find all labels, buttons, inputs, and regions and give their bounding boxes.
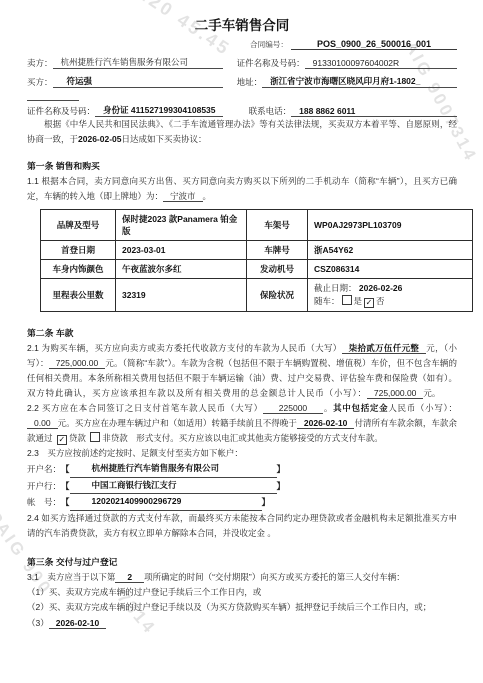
insurance-expiry-date: 2026-02-26 [359, 283, 402, 293]
non-loan-label: 非贷款 [102, 433, 128, 443]
color-label-cell: 车身内饰颜色 [41, 260, 116, 279]
clause-2-1: 2.1 为购买车辆，买方应向卖方或卖方委托代收款方支付的车款为人民币（大写）柒拾… [27, 341, 457, 401]
table-row: 品牌及型号 保时捷2023 款Panamera 铂金版 车架号 WP0AJ297… [41, 210, 473, 241]
checkbox-loan-checked: ✓ [57, 435, 67, 445]
clause-2-2-text3: 人民币（小写）： [388, 403, 457, 413]
document-content: 二手车销售合同 合同编号： POS_0900_26_500016_001 卖方：… [0, 0, 483, 683]
transfer-city-value: 宁波市 [163, 191, 203, 202]
engine-label-cell: 发动机号 [247, 260, 308, 279]
party-row-1: 卖方： 杭州捷胜行汽车销售服务有限公司 证件名称及号码： 91330100097… [27, 56, 457, 69]
clause-2-2-text2: 。 [323, 403, 333, 413]
color-value-cell: 午夜蓝波尔多红 [116, 260, 247, 279]
plate-value-cell: 浙A54Y62 [308, 241, 473, 260]
clause-1-1: 1.1 根据本合同，卖方同意向买方出售、买方同意向卖方购买以下所列的二手机动车（… [27, 174, 457, 204]
vin-value-cell: WP0AJ2973PL103709 [308, 210, 473, 241]
contract-page: .20 45.45 AIG 9007314 PAIG 900 7314 二手车销… [0, 0, 483, 683]
phone-value: 188 8862 6011 [291, 106, 457, 117]
payment-due-date: 2026-02-10 [297, 418, 354, 429]
deposit-amount: 0.00 [27, 418, 58, 429]
first-payment-amount: 225000 [263, 403, 323, 414]
right-bracket: 】 [277, 479, 286, 495]
first-reg-value-cell: 2023-03-01 [116, 241, 247, 260]
clause-2-2-text4: 元。买方应在办理车辆过户和（如适用）转籍手续前且不得晚于 [58, 418, 297, 428]
section-1-heading: 第一条 销售和购买 [27, 159, 457, 172]
seller-label: 卖方： [27, 57, 53, 69]
account-name-row: 开户名： 【 杭州捷胜行汽车销售服务有限公司 】 [27, 461, 457, 478]
with-car-label: 随车： [314, 296, 340, 306]
preamble-paragraph: 根据《中华人民共和国民法典》、《二手车流通管理办法》等有关法律法规，买卖双方本着… [27, 117, 457, 147]
seller-cert-field: 证件名称及号码： 91330100097604002R [237, 57, 457, 69]
buyer-field: 买方： 符运强 [27, 75, 223, 88]
seller-cert-value: 91330100097604002R [305, 58, 457, 69]
clause-3-1: 3.1 卖方应当于以下第2项所确定的时间（“交付期限”）向买方或买方委托的第三人… [27, 570, 457, 585]
insurance-label-cell: 保险状况 [247, 279, 308, 312]
deposit-bold-text: 其中包括定金 [333, 403, 388, 413]
clause-2-2: 2.2 买方应在本合同签订之日支付首笔车款人民币（大写）225000。其中包括定… [27, 401, 457, 446]
clause-2-4: 2.4 如买方选择通过贷款的方式支付车款，而最终买方未能按本合同约定办理贷款或者… [27, 511, 457, 541]
buyer-cert-value: 身份证 411527199304108535 [95, 104, 223, 117]
seller-field: 卖方： 杭州捷胜行汽车销售服务有限公司 [27, 56, 223, 69]
mileage-label-cell: 里程表公里数 [41, 279, 116, 312]
buyer-label: 买方： [27, 76, 53, 88]
clause-2-1-text: 2.1 为购买车辆，买方应向卖方或卖方委托代收款方支付的车款为人民币（大写） [27, 343, 342, 353]
account-number-row: 帐 号： 【 1202021409900296729 】 [27, 494, 457, 511]
table-row: 车身内饰颜色 午夜蓝波尔多红 发动机号 CSZ086314 [41, 260, 473, 279]
table-row: 首登日期 2023-03-01 车牌号 浙A54Y62 [41, 241, 473, 260]
left-bracket: 【 [61, 462, 70, 478]
account-name-value: 杭州捷胜行汽车销售服务有限公司 [70, 461, 277, 478]
table-row: 里程表公里数 32319 保险状况 截止日期： 2026-02-26 随车：是✓… [41, 279, 473, 312]
right-bracket: 】 [277, 462, 286, 478]
account-bank-row: 开户行： 【 中国工商银行钱江支行 】 [27, 478, 457, 495]
phone-field: 联系电话： 188 8862 6011 [249, 105, 457, 117]
no-label: 否 [376, 296, 385, 306]
check-icon: ✓ [366, 298, 373, 307]
insurance-expiry-line: 截止日期： 2026-02-26 [314, 282, 466, 295]
clause-1-1-text: 1.1 根据本合同，卖方同意向买方出售、买方同意向卖方购买以下所列的二手机动车（… [27, 176, 457, 201]
address-field: 地址： 浙江省宁波市海曙区晓风印月府1-1802_ [237, 75, 457, 88]
buyer-value: 符运强 [53, 75, 223, 88]
agreement-date: 2026-02-05 [78, 134, 121, 144]
insurance-value-cell: 截止日期： 2026-02-26 随车：是✓否 [308, 279, 473, 312]
address-value: 浙江省宁波市海曙区晓风印月府1-1802_ [262, 75, 457, 88]
brand-value-cell: 保时捷2023 款Panamera 铂金版 [116, 210, 247, 241]
account-number-label: 帐 号： [27, 495, 61, 511]
price-in-figures: 725,000.00 [49, 358, 106, 369]
delivery-item-1: （1）买、卖双方完成车辆的过户登记手续后三个工作日内，或 [27, 585, 457, 601]
delivery-item-3: （3）2026-02-10 [27, 616, 457, 632]
preamble-text-end: 日达成如下买卖协议： [122, 134, 207, 144]
buyer-cert-label: 证件名称及号码： [27, 105, 95, 117]
delivery-item-2: （2）买、卖双方完成车辆的过户登记手续以及（为买方贷款购买车辆）抵押登记手续后三… [27, 600, 457, 616]
first-reg-label-cell: 首登日期 [41, 241, 116, 260]
left-bracket: 【 [61, 479, 70, 495]
mileage-value-cell: 32319 [116, 279, 247, 312]
delivery-item-3-label: （3） [27, 618, 49, 628]
seller-cert-label: 证件名称及号码： [237, 57, 305, 69]
with-car-line: 随车：是✓否 [314, 295, 466, 308]
page-title: 二手车销售合同 [27, 14, 457, 34]
account-bank-label: 开户行： [27, 479, 61, 495]
delivery-option-number: 2 [115, 572, 144, 583]
right-bracket: 】 [262, 495, 271, 511]
vehicle-table: 品牌及型号 保时捷2023 款Panamera 铂金版 车架号 WP0AJ297… [40, 209, 473, 312]
checkbox-with-car-yes [342, 295, 352, 305]
insurance-expiry-label: 截止日期： [314, 283, 357, 293]
empty-underline [27, 90, 79, 101]
clause-2-2-text: 2.2 买方应在本合同签订之日支付首笔车款人民币（大写） [27, 403, 263, 413]
clause-2-1-text3b: 双方特此确认，买方应该承担车款以及所有相关费用的总金额总计人民币（小写）： [27, 388, 367, 398]
loan-label: 贷款 [69, 433, 86, 443]
account-number-value: 1202021409900296729 [70, 494, 262, 511]
seller-value: 杭州捷胜行汽车销售服务有限公司 [53, 56, 223, 69]
clause-1-1-end: 。 [203, 191, 212, 201]
contract-number-value: POS_0900_26_500016_001 [291, 39, 457, 50]
section-2-heading: 第二条 车款 [27, 326, 457, 339]
yes-label: 是 [354, 296, 363, 306]
contract-number-label: 合同编号： [250, 39, 288, 50]
buyer-cert-field: 证件名称及号码： 身份证 411527199304108535 [27, 104, 223, 117]
total-amount: 725,000.00 [367, 388, 424, 399]
checkbox-non-loan [90, 432, 100, 442]
left-bracket: 【 [61, 495, 70, 511]
contract-number-row: 合同编号： POS_0900_26_500016_001 [27, 39, 457, 50]
account-name-label: 开户名： [27, 462, 61, 478]
phone-label: 联系电话： [249, 105, 292, 117]
account-bank-value: 中国工商银行钱江支行 [70, 478, 277, 495]
clause-2-2-end: 形式支付。买方应该以电汇或其他卖方能够接受的方式支付车款。 [128, 433, 383, 443]
clause-3-1-end: 项所确定的时间（“交付期限”）向买方或买方委托的第三人交付车辆： [144, 572, 405, 582]
plate-label-cell: 车牌号 [247, 241, 308, 260]
check-icon: ✓ [59, 435, 66, 444]
section-3-heading: 第三条 交付与过户登记 [27, 555, 457, 568]
price-in-words: 柒拾贰万伍仟元整 [342, 343, 427, 354]
brand-label-cell: 品牌及型号 [41, 210, 116, 241]
checkbox-with-car-no-checked: ✓ [364, 298, 374, 308]
party-row-3: 证件名称及号码： 身份证 411527199304108535 联系电话： 18… [27, 104, 457, 117]
clause-3-1-text: 3.1 卖方应当于以下第 [27, 572, 115, 582]
clause-2-1-end: 元。 [423, 388, 440, 398]
delivery-date: 2026-02-10 [49, 618, 106, 629]
address-label: 地址： [237, 76, 263, 88]
clause-2-3: 2.3 买方应按前述约定按时、足额支付至卖方如下帐户： [27, 446, 457, 461]
party-row-2: 买方： 符运强 地址： 浙江省宁波市海曙区晓风印月府1-1802_ [27, 75, 457, 88]
vin-label-cell: 车架号 [247, 210, 308, 241]
engine-value-cell: CSZ086314 [308, 260, 473, 279]
